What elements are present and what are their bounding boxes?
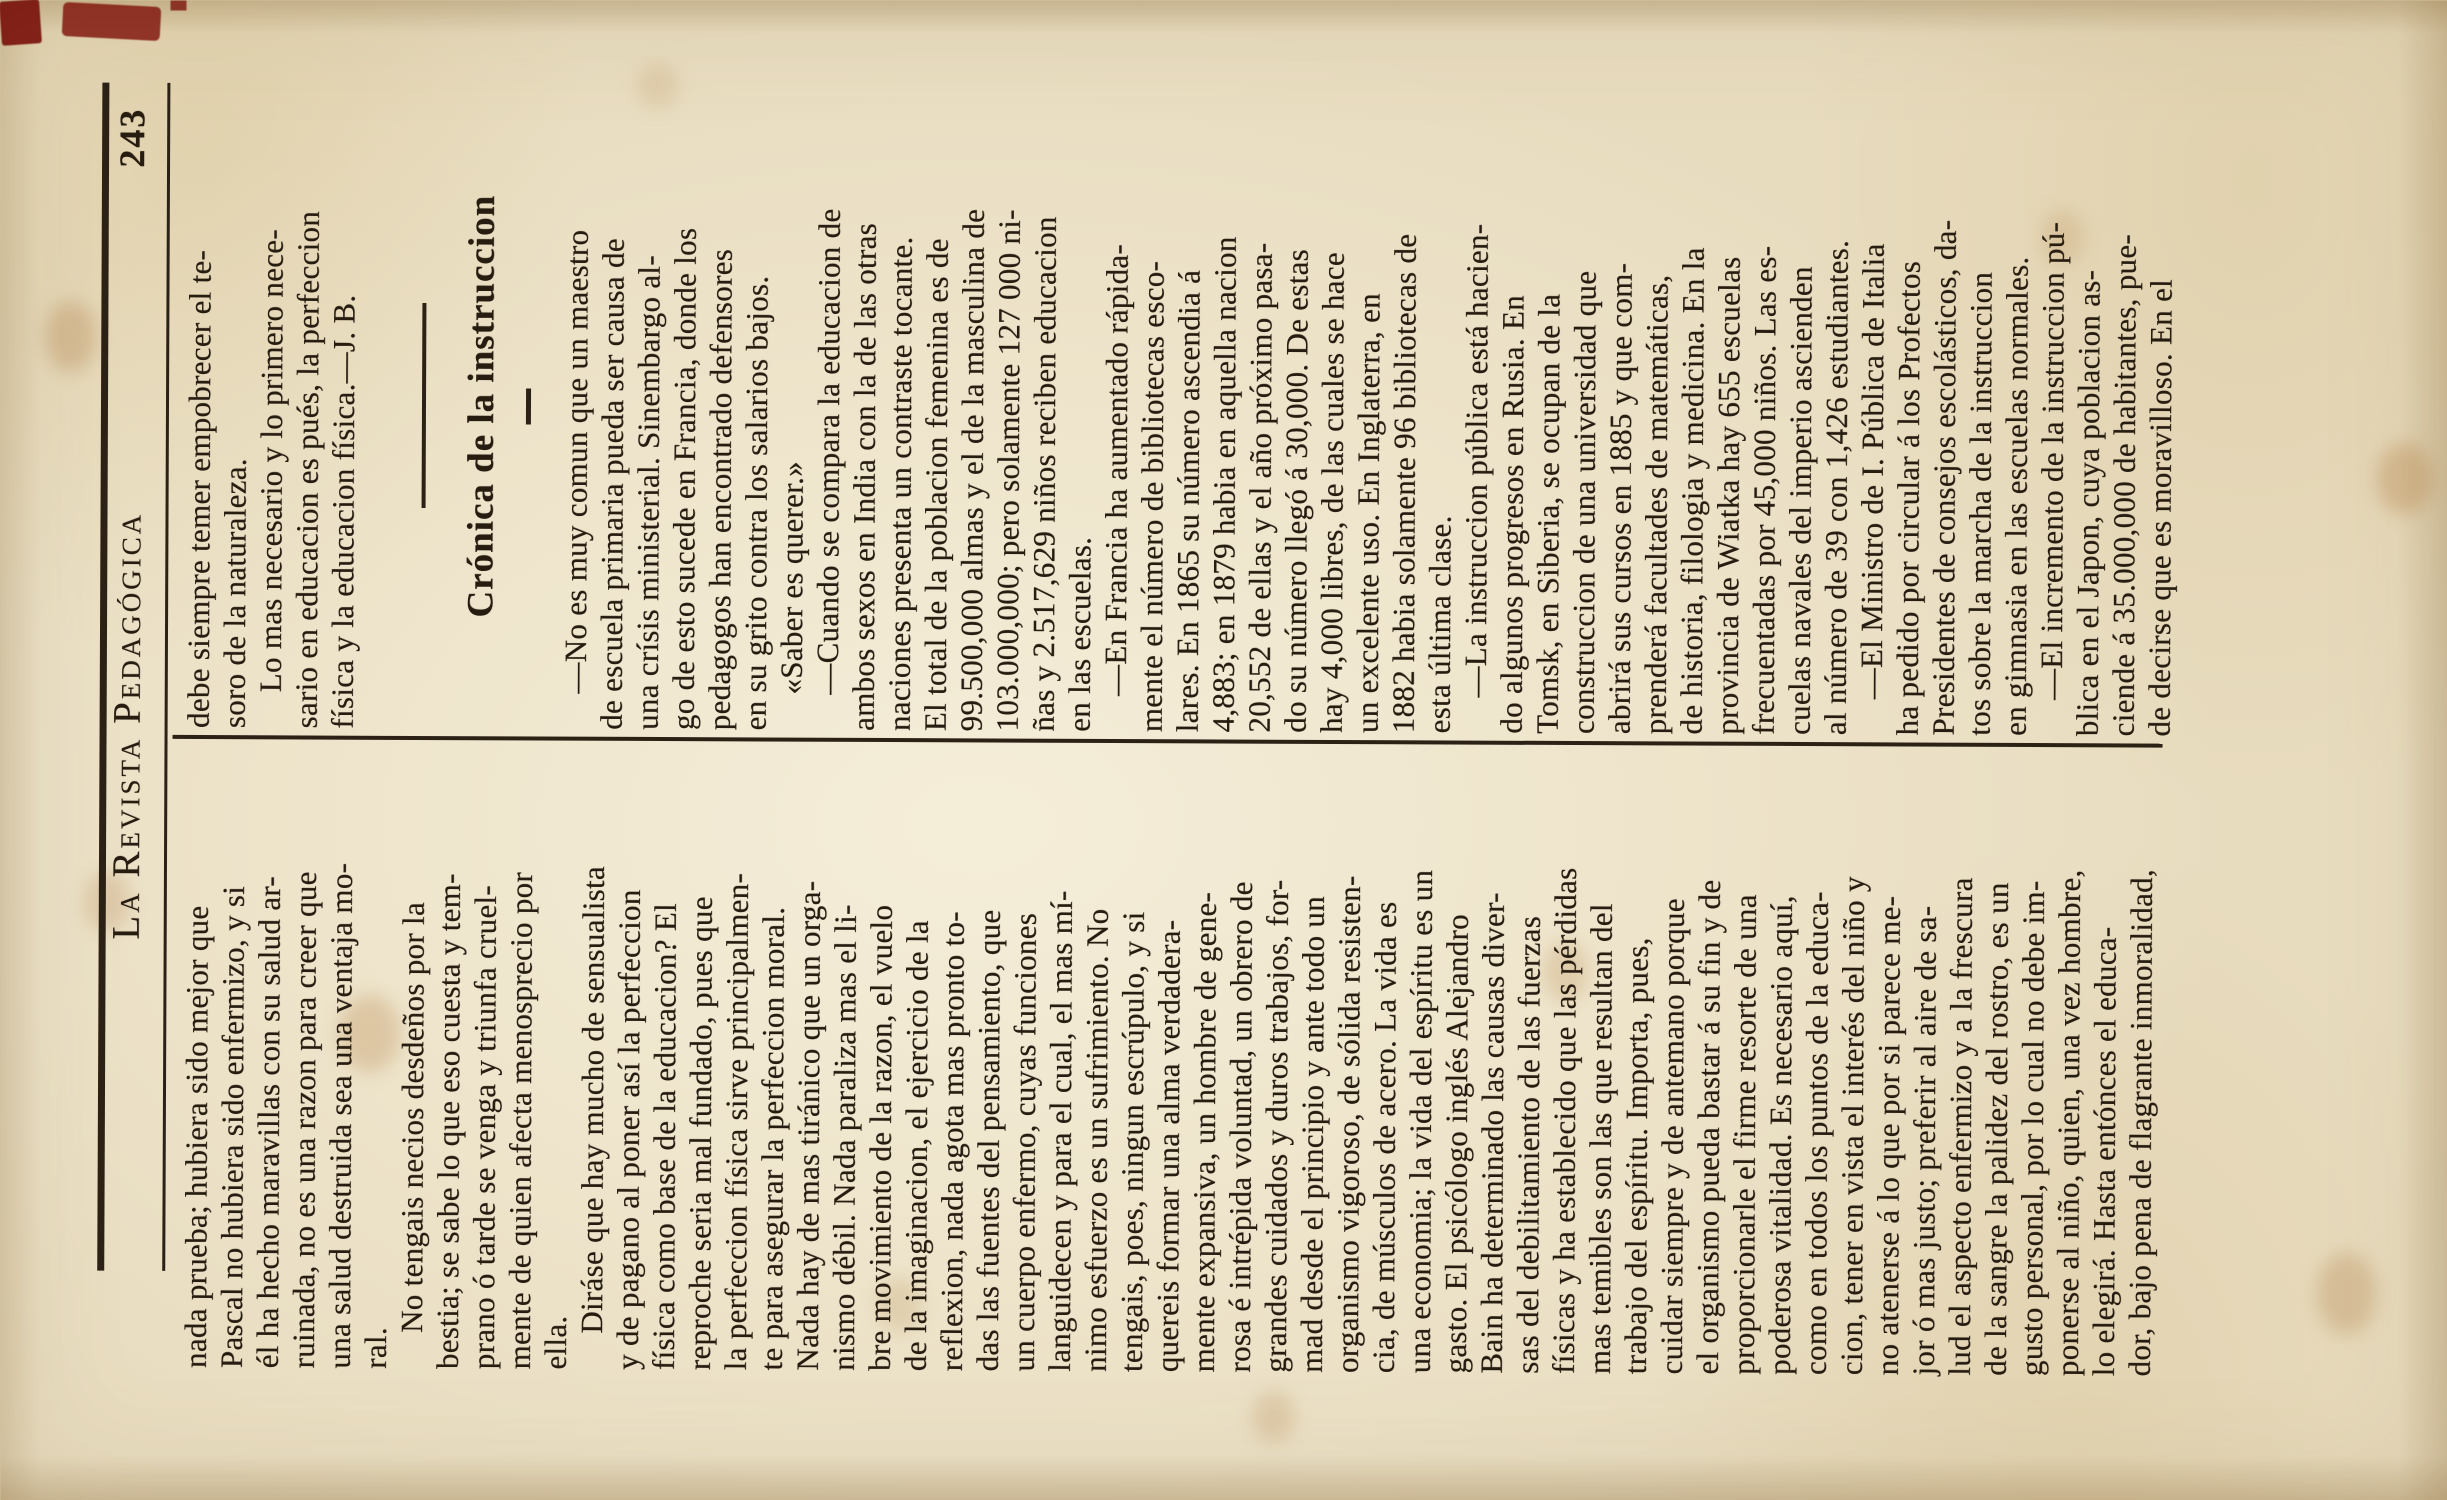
text-line: cia, de músculos de acero. La vida es (1365, 749, 1404, 1373)
text-line: en su grito contra los salarios bajos. (737, 84, 776, 730)
text-line: —En Francia ha aumentado rápida- (1097, 85, 1136, 731)
article-end-lines: debe siempre temer empobrecer el te-soro… (180, 81, 363, 728)
text-line: sas del debilitamiento de las fuerzas (1509, 749, 1548, 1373)
text-line: go de esto sucede en Francia, donde los (665, 84, 704, 730)
text-line: Pascal no hubiera sido enfermizo, y si (213, 744, 252, 1368)
text-line: en las escuelas. (1061, 85, 1100, 731)
printed-area: La Revista Pedagógica 243 nada prueba; h… (0, 0, 2447, 1500)
text-line: un excelente uso. En Inglaterra, en (1349, 87, 1388, 733)
text-line: reflexion, nada agota mas pronto to- (933, 747, 972, 1371)
text-line: te para asegurar la perfeccion moral. (753, 746, 792, 1370)
text-line: 20,552 de ellas y el año próximo pasa- (1241, 86, 1280, 732)
text-line: nada prueba; hubiera sido mejor que (177, 743, 216, 1367)
text-line: 4,883; en 1879 habia en aquella nacion (1205, 86, 1244, 732)
text-line: soro de la naturaleza. (216, 82, 255, 728)
text-line: lares. En 1865 su número ascendia á (1169, 86, 1208, 732)
text-line: tos sobre la marcha de la instruccion (1961, 89, 2000, 735)
text-line: ha pedido por circular á los Profectos (1889, 89, 1928, 735)
text-line: organismo vigoroso, de sólida resisten- (1329, 748, 1368, 1372)
text-line: —Cuando se compara la educacion de (809, 84, 848, 730)
text-line: él ha hecho maravillas con su salud ar- (249, 744, 288, 1368)
text-line: dor, bajo pena de flagrante inmoralidad, (2121, 752, 2160, 1376)
text-line: rosa é intrépida voluntad, un obrero de (1221, 748, 1260, 1372)
text-line: ambos sexos en India con la de las otras (845, 84, 884, 730)
page-number: 243 (111, 107, 153, 167)
text-line: ciende á 35.000,000 de habitantes, pue- (2105, 90, 2144, 736)
text-line: lo elegirá. Hasta entónces el educa- (2085, 752, 2124, 1376)
text-line: de decirse que es moravilloso. En el (2141, 90, 2180, 736)
text-line: —El Ministro de I. Pública de Italia (1853, 89, 1892, 735)
right-column: debe siempre temer empobrecer el te-soro… (180, 81, 2180, 736)
text-line: abrirá sus cursos en 1885 y que com- (1601, 88, 1640, 734)
text-line: la perfeccion física sirve principalmen- (717, 746, 756, 1370)
text-line: cion, tener en vista el interés del niño… (1833, 751, 1872, 1375)
text-line: lud el aspecto enfermizo y a la frescura (1941, 751, 1980, 1375)
text-line: mas temibles son las que resultan del (1581, 750, 1620, 1374)
text-line: das las fuentes del pensamiento, que (969, 747, 1008, 1371)
text-line: frecuentadas por 45,000 niños. Las es- (1745, 88, 1784, 734)
text-line: ral. (357, 744, 396, 1368)
section-heading: Crónica de la instruccion (454, 83, 509, 729)
text-line: de la sangre la palidez del rostro, es u… (1977, 751, 2016, 1375)
text-line: Presidentes de consejos escolásticos, da… (1925, 89, 1964, 735)
left-column: nada prueba; hubiera sido mejor quePasca… (177, 743, 2160, 1376)
text-line: 1882 habia solamente 96 bibliotecas de (1385, 87, 1424, 733)
scan-canvas: La Revista Pedagógica 243 nada prueba; h… (0, 0, 2447, 1500)
text-line: ella. (537, 745, 576, 1369)
text-line: de historia, filologia y medicina. En la (1673, 88, 1712, 734)
text-line: física y la educacion física.—J. B. (324, 82, 363, 728)
text-line: poderosa vitalidad. Es necesario aquí, (1761, 750, 1800, 1374)
scanned-page: La Revista Pedagógica 243 nada prueba; h… (0, 0, 2447, 1500)
text-line: esta última clase. (1421, 87, 1460, 733)
text-line: un cuerpo enfermo, cuyas funciones (1005, 747, 1044, 1371)
text-line: ñas y 2.517,629 niños reciben educacion (1025, 85, 1064, 731)
text-line: «Saber es querer.» (773, 84, 812, 730)
text-line: y de pagano al poner así la perfeccion (609, 745, 648, 1369)
section-separator-rule (421, 303, 426, 508)
text-line: naciones presenta un contraste tocante. (881, 85, 920, 731)
text-line: reproche seria mal fundado, pues que (681, 746, 720, 1370)
text-line: Diráse que hay mucho de sensualista (573, 745, 612, 1369)
text-line: nismo débil. Nada paraliza mas el li- (825, 746, 864, 1370)
text-line: blica en el Japon, cuya poblacion as- (2069, 90, 2108, 736)
text-line: físicas y ha establecido que las pérdida… (1545, 749, 1584, 1373)
text-line: física como base de la educacion? El (645, 745, 684, 1369)
text-line: Bain ha determinado las causas diver- (1473, 749, 1512, 1373)
text-line: gasto. El psicólogo inglés Alejandro (1437, 749, 1476, 1373)
text-line: —La instruccion pública está hacien- (1457, 87, 1496, 733)
text-line: cuidar siempre y de antemano porque (1653, 750, 1692, 1374)
text-line: Lo mas necesario y lo primero nece- (252, 82, 291, 728)
text-line: do algunos progresos en Rusia. En (1493, 87, 1532, 733)
text-line: hay 4,000 libres, de las cuales se hace (1313, 86, 1352, 732)
text-line: 103.000,000; pero solamente 127 000 ni- (989, 85, 1028, 731)
text-line: —El incremento de la instruccion pú- (2033, 90, 2072, 736)
text-line: mente el número de bibliotecas esco- (1133, 86, 1172, 732)
text-line: El total de la poblacion femenina es de (917, 85, 956, 731)
text-line: bestia; se sabe lo que eso cuesta y tem- (429, 745, 468, 1369)
text-line: como en todos los puntos de la educa- (1797, 751, 1836, 1375)
text-line: mente de quien afecta menosprecio por (501, 745, 540, 1369)
text-line: gusto personal, por lo cual no debe im- (2013, 751, 2052, 1375)
text-line: el organismo pueda bastar á su fin y de (1689, 750, 1728, 1374)
text-line: grandes cuidados y duros trabajos, for- (1257, 748, 1296, 1372)
text-line: no atenerse á lo que por si parece me- (1869, 751, 1908, 1375)
text-line: una salud destruida sea una ventaja mo- (321, 744, 360, 1368)
text-line: al número de 39 con 1,426 estudiantes. (1817, 89, 1856, 735)
text-line: una crísis ministerial. Sinembargo al- (629, 83, 668, 729)
text-line: proporcionarle el firme resorte de una (1725, 750, 1764, 1374)
text-line: mente expansiva, un hombre de gene- (1185, 748, 1224, 1372)
text-line: Nada hay de mas tiránico que un orga- (789, 746, 828, 1370)
text-line: cuelas navales del imperio ascienden (1781, 88, 1820, 734)
text-line: debe siempre temer empobrecer el te- (180, 81, 219, 727)
text-line: ponerse al niño, quien, una vez hombre, (2049, 752, 2088, 1376)
text-line: languidecen y para el cual, el mas mí- (1041, 747, 1080, 1371)
text-line: No tengais necios desdeños por la (393, 744, 432, 1368)
text-line: nimo esfuerzo es un sufrimiento. No (1077, 747, 1116, 1371)
text-line: prano ó tarde se venga y triunfa cruel- (465, 745, 504, 1369)
chronicle-lines: —No es muy comun que un maestrode escuel… (557, 83, 2180, 736)
text-line: trabajo del espíritu. Importa, pues, (1617, 750, 1656, 1374)
text-line: de la imaginacion, el ejercicio de la (897, 747, 936, 1371)
text-line: ruinada, no es una razon para creer que (285, 744, 324, 1368)
text-line: una economia; la vida del espíritu es un (1401, 749, 1440, 1373)
text-line: 99.500,000 almas y el de la masculina de (953, 85, 992, 731)
text-line: mad desde el principio y ante todo un (1293, 748, 1332, 1372)
running-head: La Revista Pedagógica 243 (99, 83, 165, 1367)
text-line: provincia de Wiatka hay 655 escuelas (1709, 88, 1748, 734)
text-line: —No es muy comun que un maestro (557, 83, 596, 729)
text-line: construccion de una universidad que (1565, 87, 1604, 733)
section-dash (525, 388, 530, 424)
text-line: Tomsk, en Siberia, se ocupan de la (1529, 87, 1568, 733)
text-line: de escuela primaria pueda ser causa de (593, 83, 632, 729)
journal-title: La Revista Pedagógica (101, 83, 152, 1367)
text-line: en gimnasia en las escuelas normales. (1997, 89, 2036, 735)
text-line: bre movimiento de la razon, el vuelo (861, 746, 900, 1370)
text-line: jor ó mas justo; preferir al aire de sa- (1905, 751, 1944, 1375)
text-line: do su número llegó á 30,000. De estas (1277, 86, 1316, 732)
text-line: quereis formar una alma verdadera- (1149, 748, 1188, 1372)
text-line: prenderá facultades de matemáticas, (1637, 88, 1676, 734)
text-line: pedagogos han encontrado defensores (701, 84, 740, 730)
text-line: sario en educacion es pués, la perfeccio… (288, 82, 327, 728)
text-line: tengais, poes, ningun escrúpulo, y si (1113, 748, 1152, 1372)
